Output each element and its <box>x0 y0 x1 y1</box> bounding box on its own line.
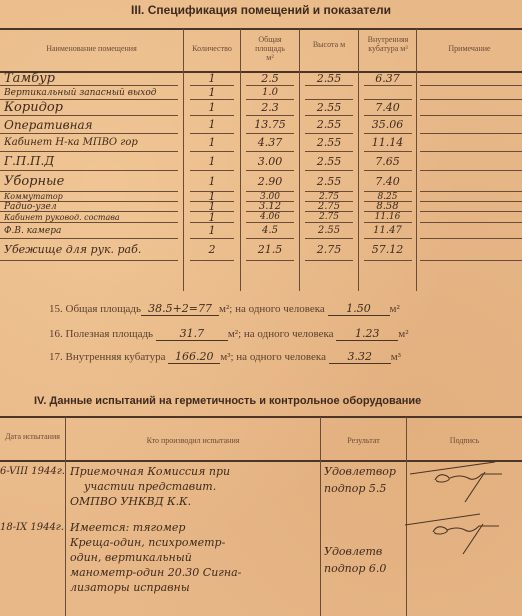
area-per-person-value: 1.50 <box>328 302 390 316</box>
section3-title: III. Спецификация помещений и показатели <box>0 3 522 17</box>
cell-area: 4.37 <box>241 134 299 152</box>
cell-area: 2.90 <box>241 171 299 192</box>
result-line: подпор 5.5 <box>324 481 386 496</box>
column-divider <box>65 417 66 616</box>
summary-unit: м²; на одного человека <box>228 328 334 340</box>
table-row: Кабинет Н-ка МПВО гор14.372.5511.14 <box>0 134 522 152</box>
header-date: Дата испытания <box>0 432 65 441</box>
header-height: Высота м <box>305 40 353 49</box>
tester-line: один, вертикальный <box>70 550 192 565</box>
cell-volume: 7.40 <box>359 171 416 192</box>
table-row: Коридор12.32.557.40 <box>0 100 522 116</box>
cell-count: 1 <box>184 223 240 239</box>
table-top-border <box>0 416 522 418</box>
cell-area: 4.5 <box>241 223 299 239</box>
table-row: Вертикальный запасный выход11.0 <box>0 86 522 100</box>
result-line: Удовлетв <box>324 544 382 559</box>
header-area: Общая площадь м² <box>251 35 289 62</box>
row-rule <box>0 260 178 261</box>
row-rule <box>305 260 353 261</box>
signature-icon <box>405 462 522 557</box>
header-name: Наименование помещения <box>0 44 183 53</box>
cell-volume: 11.14 <box>359 134 416 152</box>
summary-label: 15. Общая площадь <box>49 303 141 315</box>
table-row: Радио-узел13.122.758.58 <box>0 202 522 212</box>
cell-height: 2.55 <box>300 152 358 171</box>
test-date: 18-IX 1944г. <box>0 520 64 535</box>
table-row: Убежище для рук. раб.221.52.7557.12 <box>0 239 522 261</box>
cell-height: 2.55 <box>300 100 358 116</box>
cell-height: 2.55 <box>300 223 358 239</box>
header-count: Количество <box>184 44 240 53</box>
row-rule <box>190 260 234 261</box>
cell-count: 1 <box>184 152 240 171</box>
cell-name: Г.П.П.Д <box>4 152 182 171</box>
cell-name: Уборные <box>4 171 182 192</box>
summary-unit: м² <box>390 303 400 315</box>
table-row: Уборные12.902.557.40 <box>0 171 522 192</box>
cell-height: 2.55 <box>300 134 358 152</box>
cell-count: 1 <box>184 100 240 116</box>
table-row: Тамбур12.52.556.37 <box>0 72 522 86</box>
cell-height: 2.75 <box>300 239 358 261</box>
table-top-border <box>0 28 522 30</box>
header-signature: Подпись <box>407 436 522 445</box>
summary-line-15: 15. Общая площадь38.5+2=77м²; на одного … <box>49 302 400 316</box>
useful-area-per-person-value: 1.23 <box>336 327 398 341</box>
row-rule <box>364 260 412 261</box>
cell-count: 2 <box>184 239 240 261</box>
cell-count: 1 <box>184 134 240 152</box>
summary-unit: м³; на одного человека <box>220 351 326 363</box>
summary-label: 17. Внутренняя кубатура <box>49 351 165 363</box>
cell-area: 3.00 <box>241 152 299 171</box>
summary-unit: м²; на одного человека <box>219 303 325 315</box>
header-note: Примечание <box>417 44 522 53</box>
cell-name: Убежище для рук. раб. <box>4 239 182 261</box>
tester-line: манометр-один 20.30 Сигна- <box>70 565 241 580</box>
cell-volume: 6.37 <box>359 72 416 86</box>
summary-unit: м² <box>398 328 408 340</box>
section4-title: IV. Данные испытаний на герметичность и … <box>34 395 421 407</box>
result-line: подпор 6.0 <box>324 561 386 576</box>
cell-volume: 11.47 <box>359 223 416 239</box>
summary-line-16: 16. Полезная площадь 31.7м²; на одного ч… <box>49 327 409 341</box>
cell-volume: 7.65 <box>359 152 416 171</box>
cell-name: Коридор <box>4 100 182 116</box>
summary-unit: м³ <box>391 351 401 363</box>
volume-value: 166.20 <box>168 350 220 364</box>
tester-line: Имеется: тягомер <box>70 520 185 535</box>
useful-area-value: 31.7 <box>156 327 228 341</box>
result-line: Удовлетвор <box>324 464 396 479</box>
cell-name: Кабинет Н-ка МПВО гор <box>4 134 182 152</box>
tester-line: Приемочная Комиссия при <box>70 464 230 479</box>
cell-name: Тамбур <box>4 72 182 86</box>
tester-line: участии представит. <box>84 479 216 494</box>
cell-count: 1 <box>184 86 240 100</box>
column-divider <box>320 417 321 616</box>
cell-height: 2.55 <box>300 72 358 86</box>
tester-line: лизаторы исправны <box>70 580 190 595</box>
header-volume: Внутренняя кубатура м³ <box>360 35 416 53</box>
table-row: Оперативная113.752.5535.06 <box>0 116 522 134</box>
header-who: Кто производил испытания <box>66 436 320 445</box>
cell-name: Вертикальный запасный выход <box>4 86 182 100</box>
table-row: Г.П.П.Д13.002.557.65 <box>0 152 522 171</box>
cell-name: Ф.В. камера <box>4 223 182 239</box>
cell-count: 1 <box>184 72 240 86</box>
total-area-value: 38.5+2=77 <box>141 302 219 316</box>
cell-count: 1 <box>184 171 240 192</box>
cell-volume: 57.12 <box>359 239 416 261</box>
cell-area: 1.0 <box>241 86 299 100</box>
cell-volume: 7.40 <box>359 100 416 116</box>
cell-name: Оперативная <box>4 116 182 134</box>
cell-area: 13.75 <box>241 116 299 134</box>
cell-volume: 35.06 <box>359 116 416 134</box>
cell-height: 2.55 <box>300 116 358 134</box>
table-row: Ф.В. камера14.52.5511.47 <box>0 223 522 239</box>
cell-area: 2.3 <box>241 100 299 116</box>
summary-label: 16. Полезная площадь <box>49 328 153 340</box>
tester-line: Креща-один, психрометр- <box>70 535 225 550</box>
table-row: Коммутатор13.002.758.25 <box>0 192 522 202</box>
test-date: 6-VIII 1944г. <box>0 464 65 479</box>
cell-height: 2.55 <box>300 171 358 192</box>
summary-line-17: 17. Внутренняя кубатура 166.20м³; на одн… <box>49 350 401 364</box>
cell-area: 21.5 <box>241 239 299 261</box>
row-rule <box>246 260 294 261</box>
cell-area: 2.5 <box>241 72 299 86</box>
row-rule <box>420 260 522 261</box>
header-result: Результат <box>321 436 406 445</box>
table-row: Кабинет руковод. состава14.062.7511.16 <box>0 212 522 223</box>
cell-count: 1 <box>184 116 240 134</box>
tester-line: ОМПВО УНКВД К.К. <box>70 494 191 509</box>
volume-per-person-value: 3.32 <box>329 350 391 364</box>
